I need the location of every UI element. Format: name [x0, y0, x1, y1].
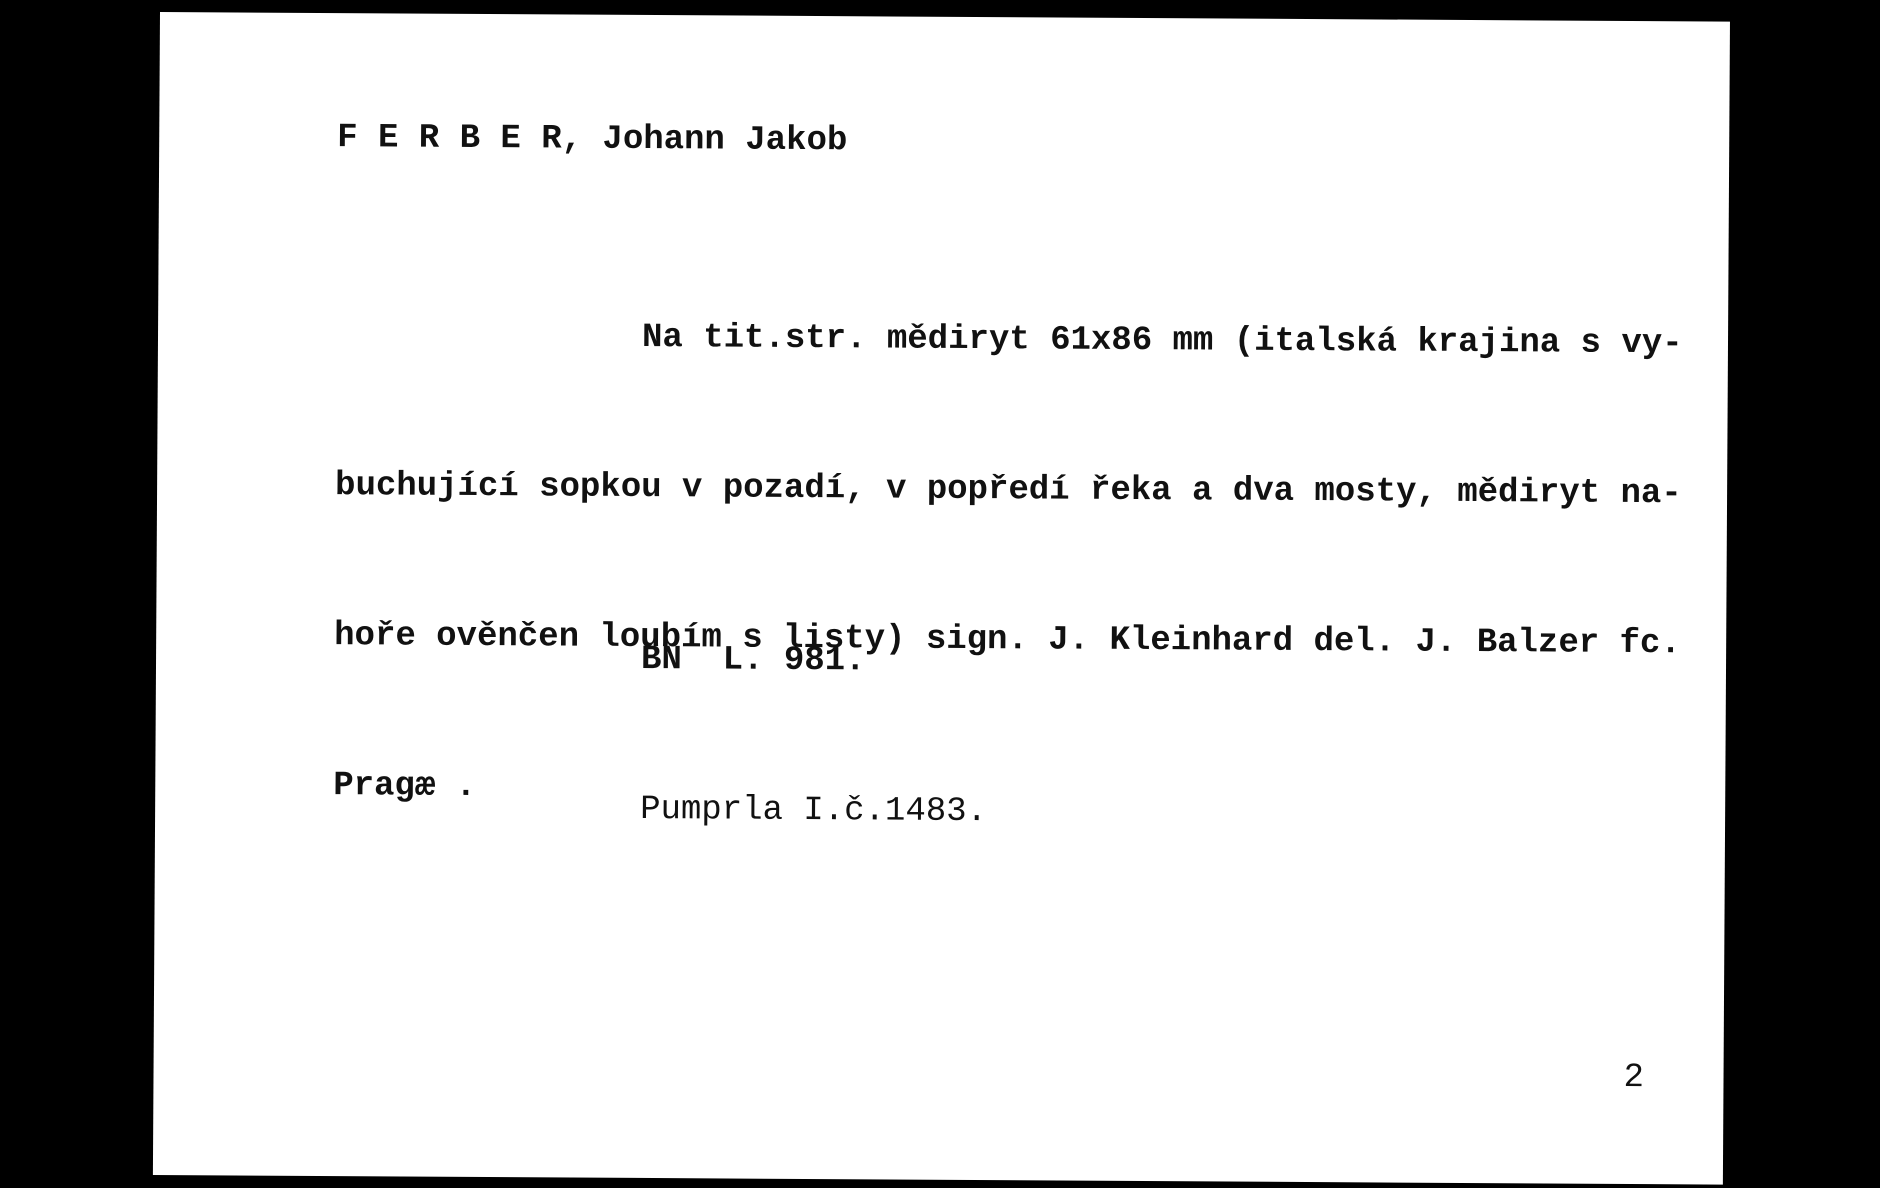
card-heading: F E R B E R, Johann Jakob	[337, 113, 847, 166]
description-line: Pragæ .	[333, 761, 1680, 819]
reference-line: Pumprla I.č.1483.	[640, 785, 987, 837]
description-line: Na tit.str. mědiryt 61x86 mm (italská kr…	[336, 311, 1683, 369]
page-number: 2	[1623, 1053, 1644, 1103]
reference-line: BN L. 981.	[641, 635, 988, 687]
catalog-card: F E R B E R, Johann Jakob Na tit.str. mě…	[153, 12, 1730, 1185]
description-line: buchující sopkou v pozadí, v popředí řek…	[335, 461, 1682, 519]
card-references: BN L. 981. Pumprla I.č.1483.	[639, 535, 988, 937]
description-line: hoře ověnčen loubím s listy) sign. J. Kl…	[334, 611, 1681, 669]
card-description: Na tit.str. mědiryt 61x86 mm (italská kr…	[333, 211, 1684, 919]
